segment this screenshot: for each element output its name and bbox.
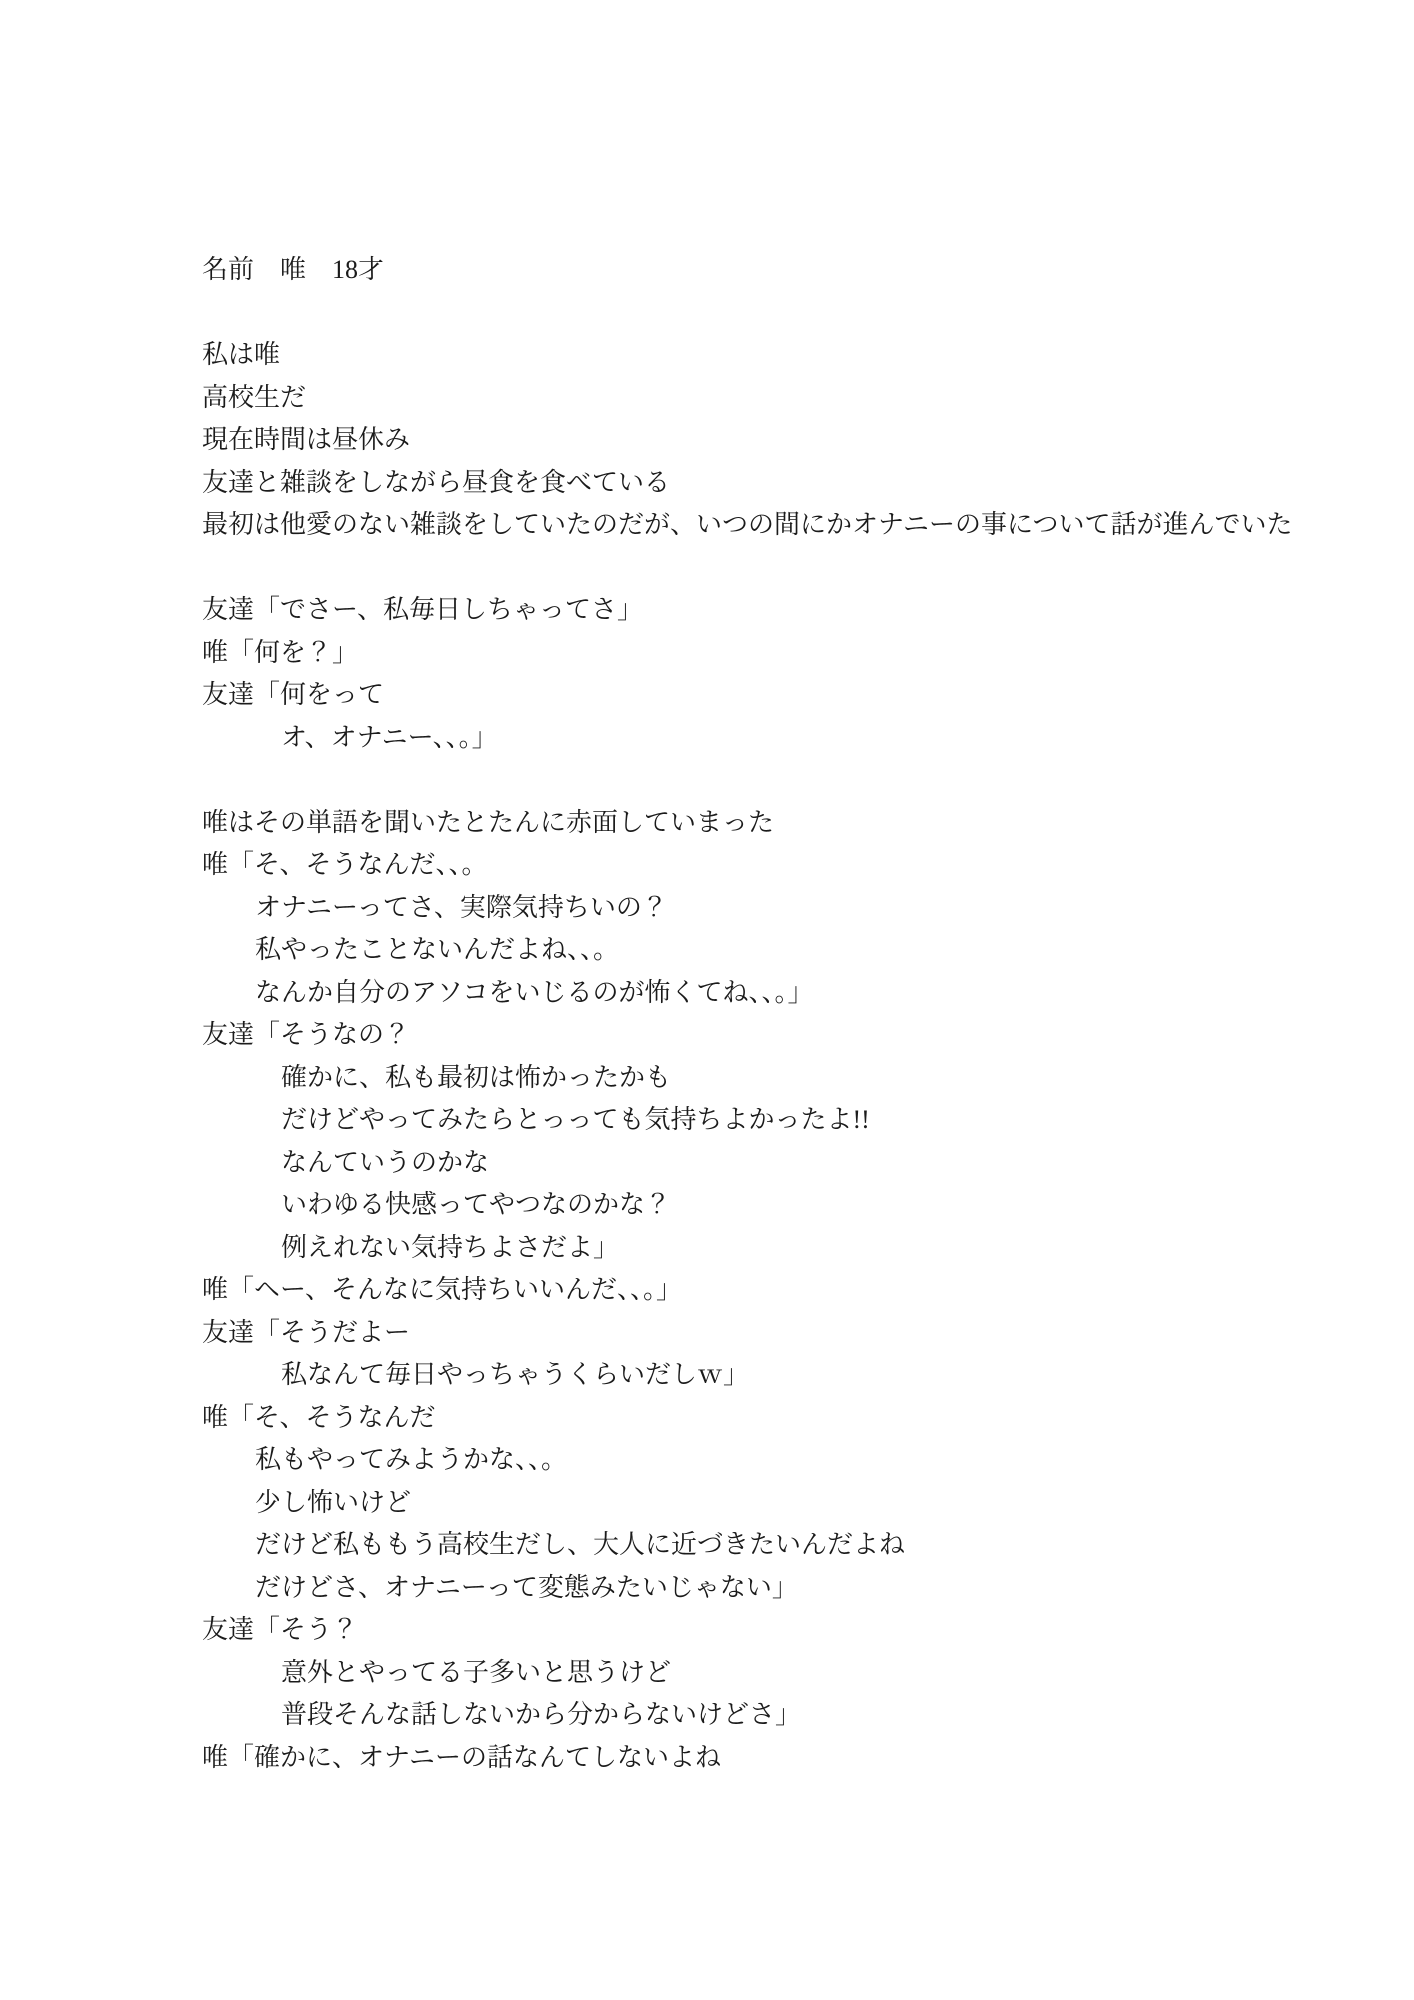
text-line: 唯「確かに、オナニーの話なんてしないよね (202, 1737, 1354, 1780)
text-line: 友達「でさー、私毎日しちゃってさ」 (202, 589, 1354, 632)
text-line: 友達「何をって (202, 674, 1354, 717)
text-line: 私なんて毎日やっちゃうくらいだしｗ」 (202, 1354, 1354, 1397)
text-line (202, 292, 1354, 335)
text-line: 私もやってみようかな、、。 (202, 1439, 1354, 1482)
text-line: なんか自分のアソコをいじるのが怖くてね、、。」 (202, 972, 1354, 1015)
text-line: 友達と雑談をしながら昼食を食べている (202, 462, 1354, 505)
text-line: だけど私ももう高校生だし、大人に近づきたいんだよね (202, 1524, 1354, 1567)
text-line: 唯「ヘー、そんなに気持ちいいんだ、、。」 (202, 1269, 1354, 1312)
text-line: 友達「そう？ (202, 1609, 1354, 1652)
text-line: 私やったことないんだよね、、。 (202, 929, 1354, 972)
text-line: いわゆる快感ってやつなのかな？ (202, 1184, 1354, 1227)
text-line: 普段そんな話しないから分からないけどさ」 (202, 1694, 1354, 1737)
text-line: 例えれない気持ちよさだよ」 (202, 1227, 1354, 1270)
text-line: 少し怖いけど (202, 1482, 1354, 1525)
text-line: だけどやってみたらとっっても気持ちよかったよ!! (202, 1099, 1354, 1142)
text-line: オナニーってさ、実際気持ちいの？ (202, 887, 1354, 930)
text-line: 現在時間は昼休み (202, 419, 1354, 462)
text-line (202, 759, 1354, 802)
text-line: 唯「何を？」 (202, 632, 1354, 675)
text-line: 確かに、私も最初は怖かったかも (202, 1057, 1354, 1100)
text-line: なんていうのかな (202, 1142, 1354, 1185)
document-page: 名前 唯 18才 私は唯高校生だ現在時間は昼休み友達と雑談をしながら昼食を食べて… (0, 0, 1414, 2000)
text-line: 友達「そうなの？ (202, 1014, 1354, 1057)
text-line: 私は唯 (202, 334, 1354, 377)
text-line: 唯はその単語を聞いたとたんに赤面していまった (202, 802, 1354, 845)
text-line: 唯「そ、そうなんだ、、。 (202, 844, 1354, 887)
text-line: 唯「そ、そうなんだ (202, 1397, 1354, 1440)
text-line: だけどさ、オナニーって変態みたいじゃない」 (202, 1567, 1354, 1610)
text-line: 意外とやってる子多いと思うけど (202, 1652, 1354, 1695)
text-line: 友達「そうだよー (202, 1312, 1354, 1355)
text-line (202, 547, 1354, 590)
document-body: 名前 唯 18才 私は唯高校生だ現在時間は昼休み友達と雑談をしながら昼食を食べて… (202, 249, 1354, 1779)
text-line: 最初は他愛のない雑談をしていたのだが、いつの間にかオナニーの事について話が進んで… (202, 504, 1354, 547)
page-title: 名前 唯 18才 (202, 249, 1354, 292)
text-line: 高校生だ (202, 377, 1354, 420)
text-line: オ、オナニー、、。」 (202, 717, 1354, 760)
